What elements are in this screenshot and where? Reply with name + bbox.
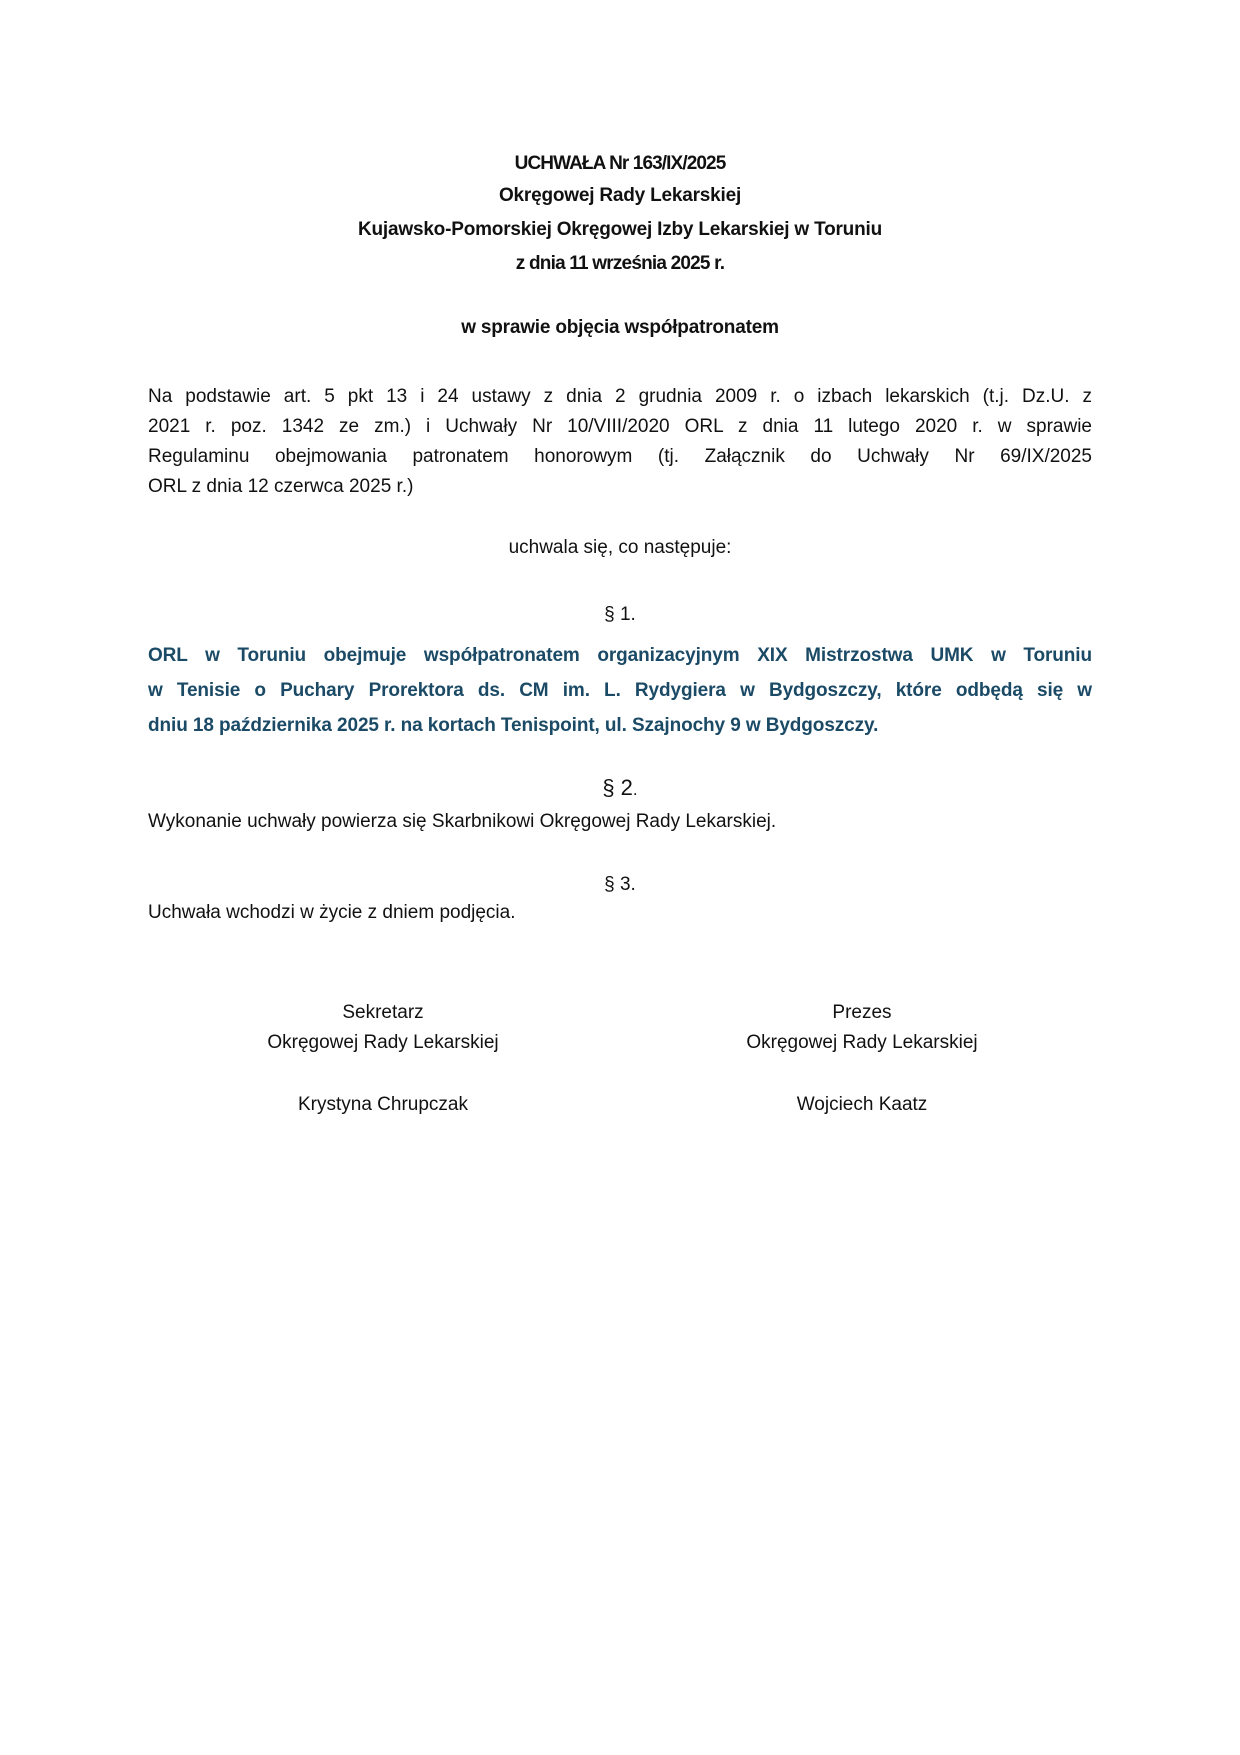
paragraph-line: 2021 r. poz. 1342 ze zm.) i Uchwały Nr 1…: [148, 412, 1092, 442]
signature-name: Wojciech Kaatz: [652, 1090, 1072, 1120]
resolution-date: z dnia 11 września 2025 r.: [0, 252, 1240, 276]
signature-role: Prezes: [652, 998, 1072, 1028]
resolution-title: UCHWAŁA Nr 163/IX/2025: [0, 152, 1240, 176]
signature-secretary: Sekretarz Okręgowej Rady Lekarskiej Krys…: [173, 998, 593, 1120]
paragraph-line: Regulaminu obejmowania patronatem honoro…: [148, 442, 1092, 472]
section-2-mark-text: § 2: [602, 775, 633, 800]
resolution-subject: w sprawie objęcia współpatronatem: [0, 316, 1240, 340]
signature-name: Krystyna Chrupczak: [173, 1090, 593, 1120]
signature-role: Sekretarz: [173, 998, 593, 1028]
signature-body: Okręgowej Rady Lekarskiej: [652, 1028, 1072, 1058]
section-1-text: ORL w Toruniu obejmuje współpatronatem o…: [148, 638, 1092, 743]
resolves-clause: uchwala się, co następuje:: [0, 536, 1240, 560]
section-1-mark: § 1.: [0, 603, 1240, 627]
section-line: ORL w Toruniu obejmuje współpatronatem o…: [148, 638, 1092, 673]
signature-body: Okręgowej Rady Lekarskiej: [173, 1028, 593, 1058]
issuing-body: Okręgowej Rady Lekarskiej: [0, 184, 1240, 208]
section-2-mark-dot: .: [633, 780, 638, 799]
chamber-name: Kujawsko-Pomorskiej Okręgowej Izby Lekar…: [0, 218, 1240, 242]
signature-president: Prezes Okręgowej Rady Lekarskiej Wojciec…: [652, 998, 1072, 1120]
paragraph-line: ORL z dnia 12 czerwca 2025 r.): [148, 472, 1092, 502]
section-2-mark: § 2.: [0, 775, 1240, 803]
section-3-mark: § 3.: [0, 873, 1240, 897]
section-2-text: Wykonanie uchwały powierza się Skarbniko…: [148, 810, 776, 834]
legal-basis-paragraph: Na podstawie art. 5 pkt 13 i 24 ustawy z…: [148, 382, 1092, 502]
document-page: UCHWAŁA Nr 163/IX/2025 Okręgowej Rady Le…: [0, 0, 1240, 1755]
section-line: dniu 18 października 2025 r. na kortach …: [148, 708, 1092, 743]
paragraph-line: Na podstawie art. 5 pkt 13 i 24 ustawy z…: [148, 382, 1092, 412]
section-line: w Tenisie o Puchary Prorektora ds. CM im…: [148, 673, 1092, 708]
section-3-text: Uchwała wchodzi w życie z dniem podjęcia…: [148, 901, 516, 925]
